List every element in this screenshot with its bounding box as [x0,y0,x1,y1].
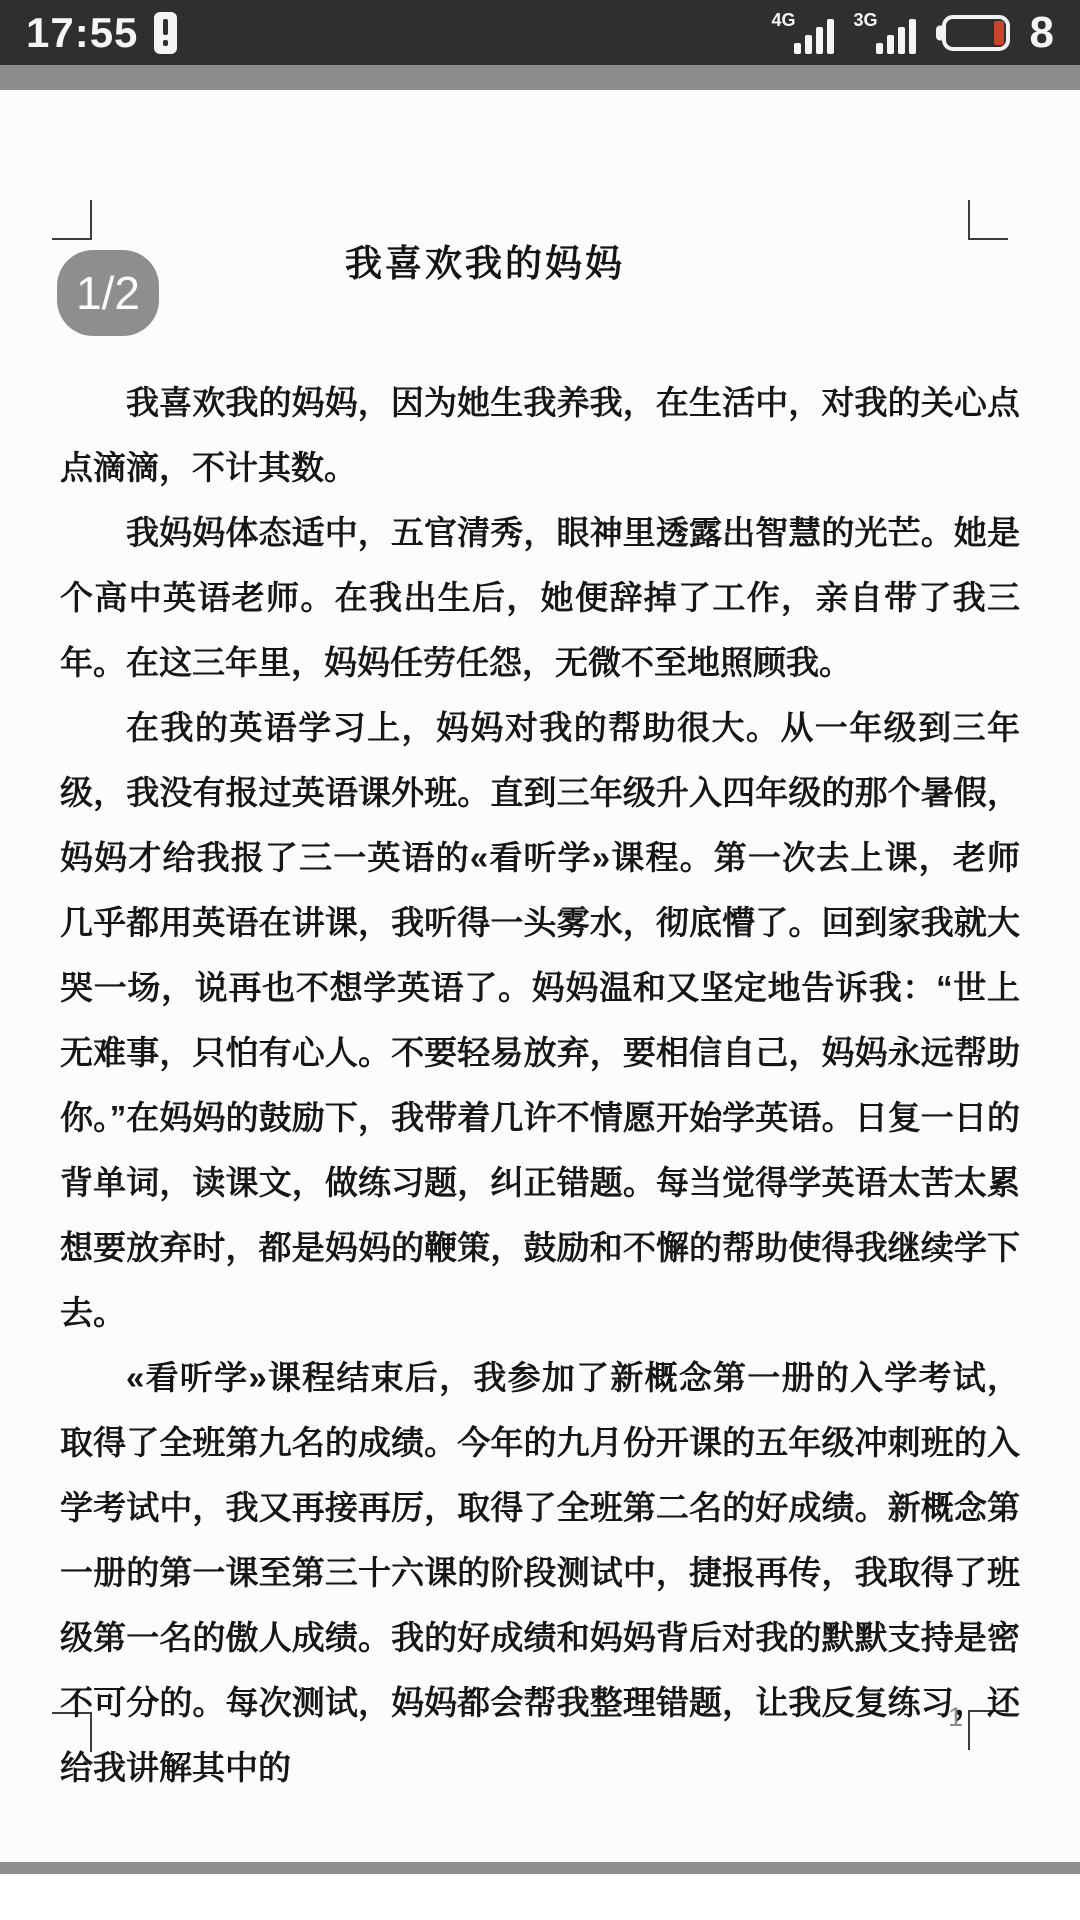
page-number: 1 [948,1702,963,1733]
network-type-label-3g: 3G [854,10,878,31]
crop-mark-top-left-icon [52,200,92,240]
status-bar: 17:55 4G 3G 8 [0,0,1080,65]
crop-mark-top-right-icon [968,200,1008,240]
paragraph: 在我的英语学习上，妈妈对我的帮助很大。从一年级到三年级，我没有报过英语课外班。直… [60,695,1020,1345]
document-photo[interactable]: 1/2 我喜欢我的妈妈 我喜欢我的妈妈，因为她生我养我，在生活中，对我的关心点点… [0,90,1080,1862]
signal-bars-icon [876,19,916,54]
signal-bars-icon [794,19,834,54]
signal-4g-icon: 4G [772,10,834,56]
battery-alert-icon [154,12,177,54]
paragraph: 我妈妈体态适中，五官清秀，眼神里透露出智慧的光芒。她是个高中英语老师。在我出生后… [60,500,1020,695]
paragraph: «看听学»课程结束后，我参加了新概念第一册的入学考试，取得了全班第九名的成绩。今… [60,1345,1020,1800]
document-body: 我喜欢我的妈妈，因为她生我养我，在生活中，对我的关心点点滴滴，不计其数。 我妈妈… [60,370,1020,1800]
battery-percent: 8 [1030,8,1054,58]
signal-3g-icon: 3G [854,10,916,56]
battery-nub [936,25,943,40]
document-title: 我喜欢我的妈妈 [0,242,970,286]
battery-icon [942,15,1010,51]
network-type-label-4g: 4G [772,10,796,31]
photo-bottom-edge [0,1862,1080,1874]
battery-level-fill [994,21,1004,45]
status-bar-left: 17:55 [26,9,177,57]
status-bar-right: 4G 3G 8 [772,8,1054,58]
clock: 17:55 [26,9,138,57]
photo-top-edge [0,65,1080,90]
paragraph: 我喜欢我的妈妈，因为她生我养我，在生活中，对我的关心点点滴滴，不计其数。 [60,370,1020,500]
